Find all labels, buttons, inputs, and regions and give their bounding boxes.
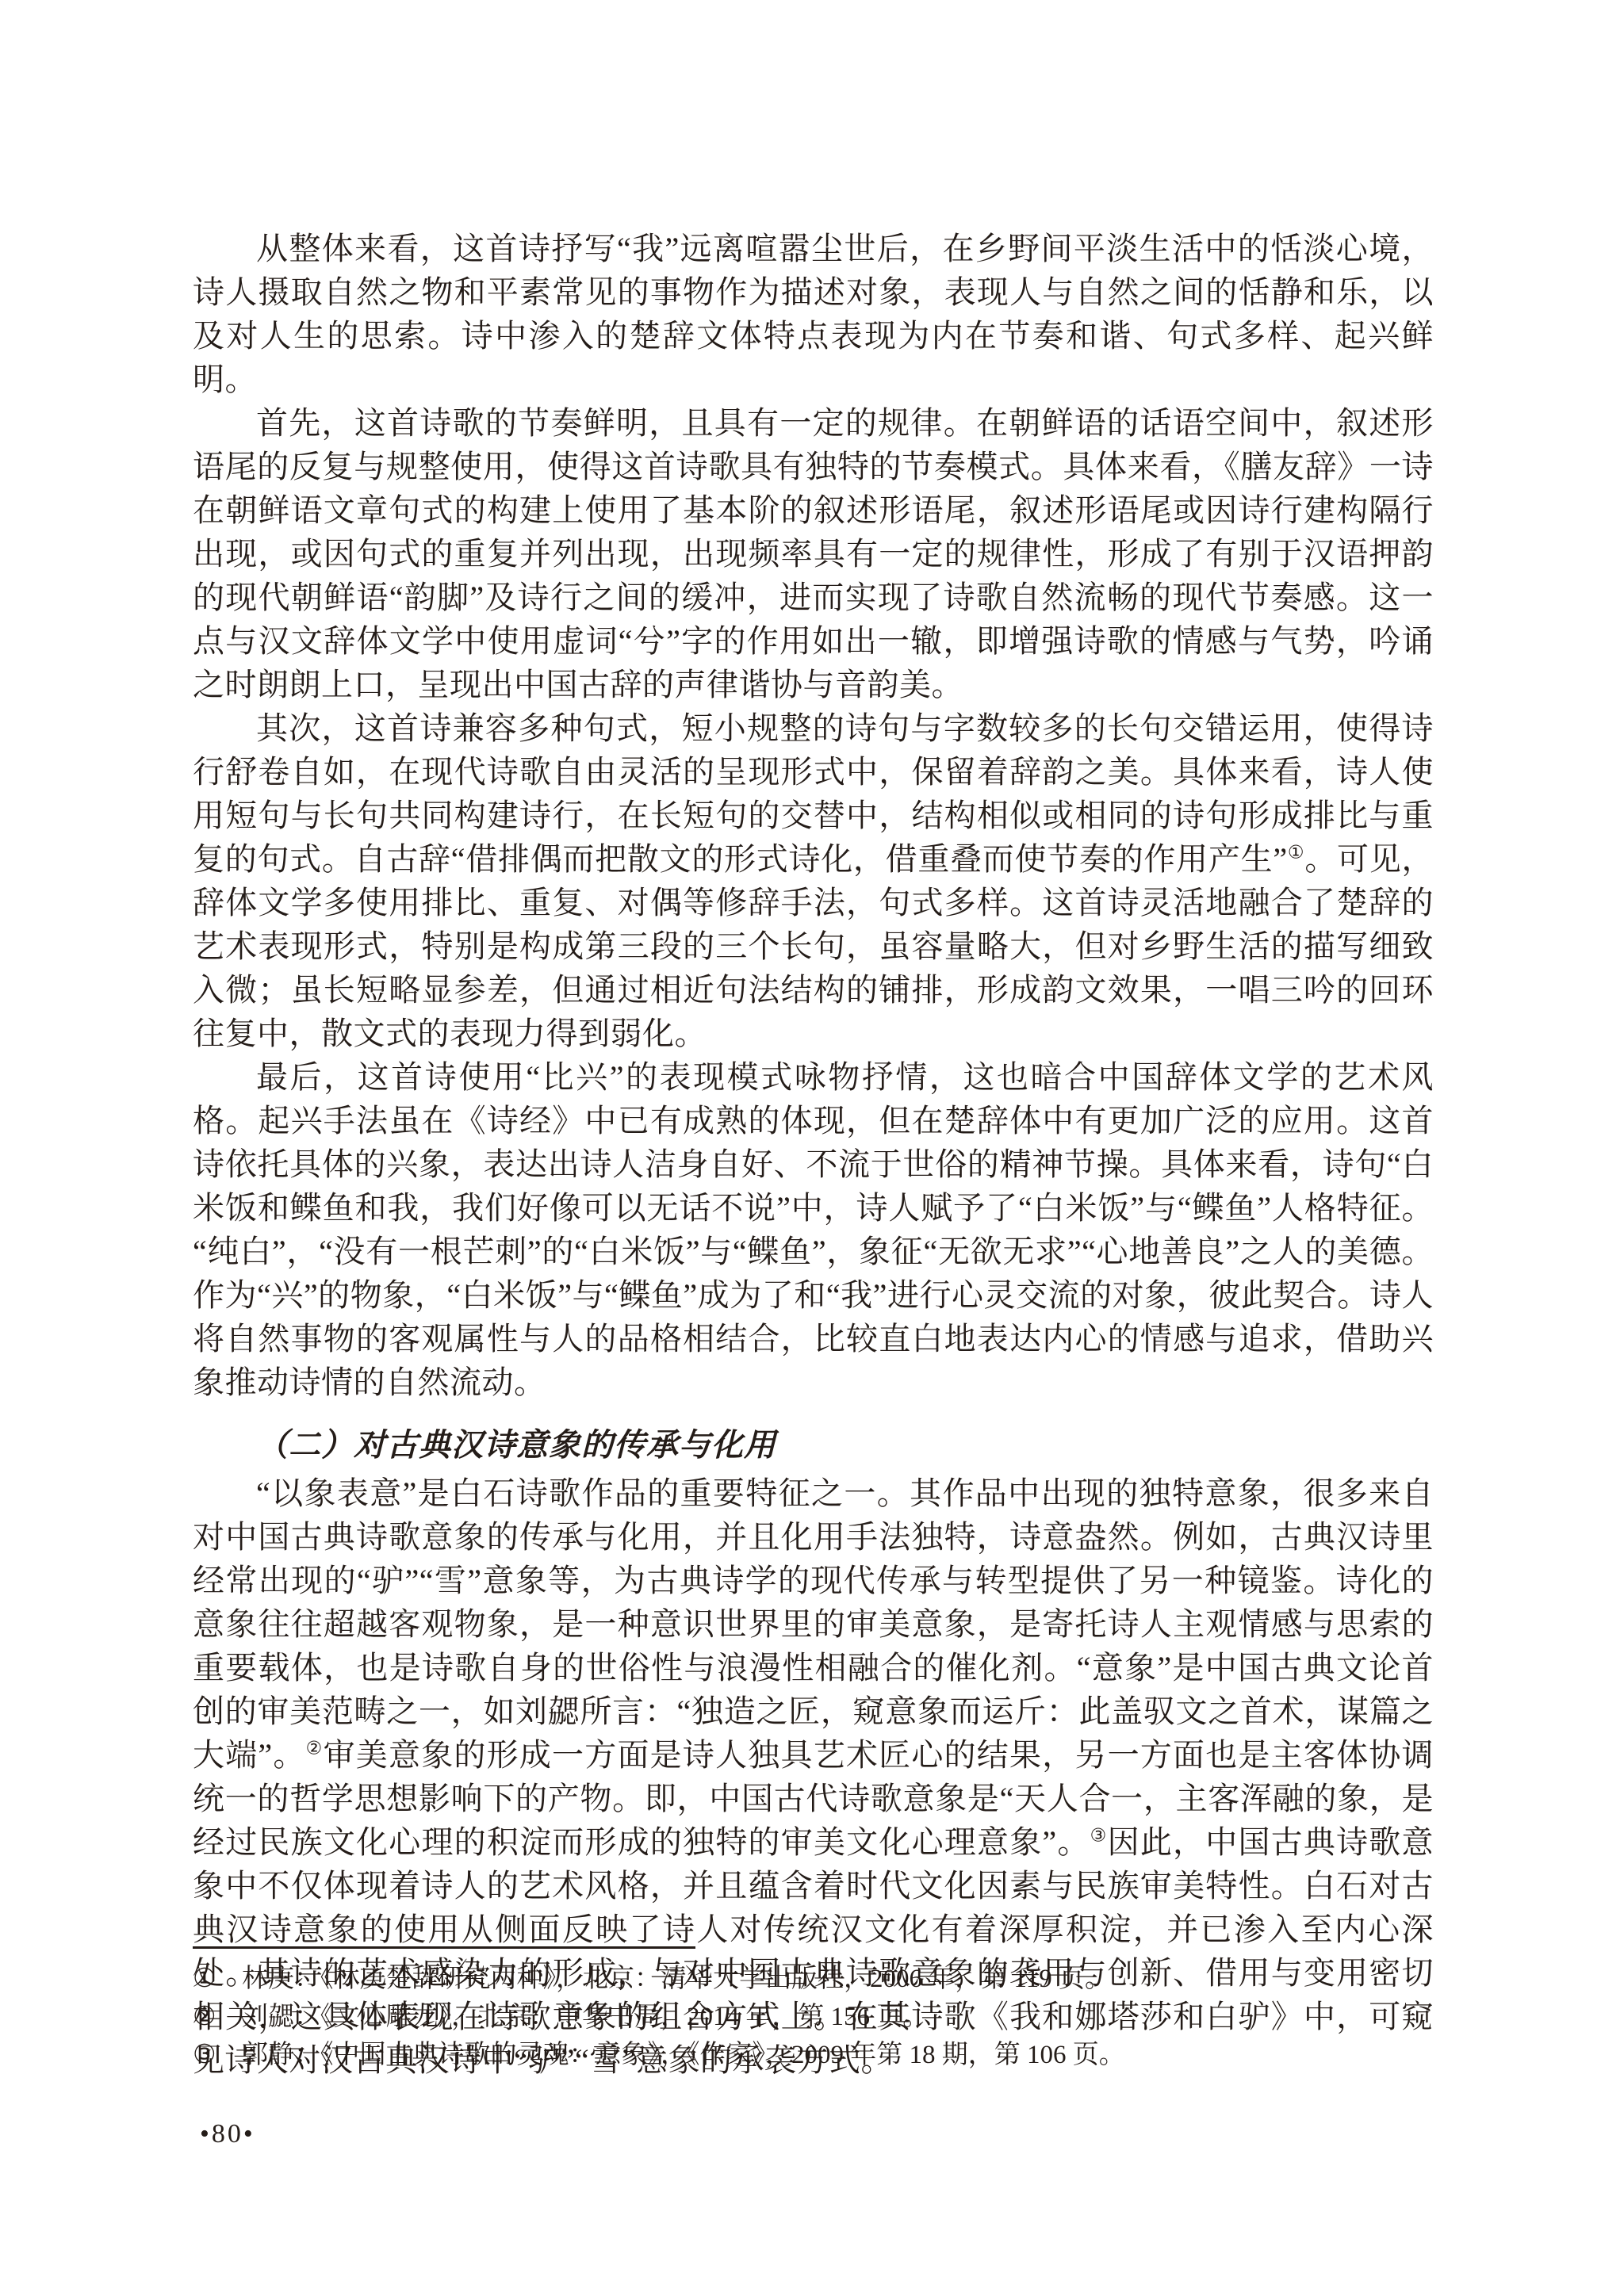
footnote-ref: ③ <box>1090 1826 1108 1846</box>
footnote-marker: ② <box>193 1998 242 2036</box>
body-paragraph: 从整体来看，这首诗抒写“我”远离喧嚣尘世后，在乡野间平淡生活中的恬淡心境，诗人摄… <box>193 227 1434 401</box>
body-paragraph: 首先，这首诗歌的节奏鲜明，且具有一定的规律。在朝鲜语的话语空间中，叙述形语尾的反… <box>193 401 1434 706</box>
footnote-ref: ① <box>1288 843 1305 863</box>
footnote-ref: ② <box>306 1739 324 1759</box>
page-number: •80• <box>200 2118 255 2150</box>
footnote-text: 刘勰：《文心雕龙》，北京：中华书局，2014 年，第 156 页。 <box>242 1998 1434 2036</box>
footnotes-block: ① 林庚：《林庚楚辞研究两种》，北京：清华大学出版社，2006 年，第 119 … <box>193 1946 1434 2074</box>
footnote-item: ① 林庚：《林庚楚辞研究两种》，北京：清华大学出版社，2006 年，第 119 … <box>193 1960 1434 1998</box>
body-paragraph: 其次，这首诗兼容多种句式，短小规整的诗句与字数较多的长句交错运用，使得诗行舒卷自… <box>193 706 1434 1055</box>
section-heading: （二）对古典汉诗意象的传承与化用 <box>193 1423 1434 1467</box>
footnote-item: ② 刘勰：《文心雕龙》，北京：中华书局，2014 年，第 156 页。 <box>193 1998 1434 2036</box>
document-page: 从整体来看，这首诗抒写“我”远离喧嚣尘世后，在乡野间平淡生活中的恬淡心境，诗人摄… <box>0 0 1624 2296</box>
footnote-text: 郭静：《中国古典诗歌的灵魂：意象》，《作家》，2009 年第 18 期，第 10… <box>242 2036 1434 2074</box>
article-body: 从整体来看，这首诗抒写“我”远离喧嚣尘世后，在乡野间平淡生活中的恬淡心境，诗人摄… <box>193 227 1434 2082</box>
footnote-item: ③ 郭静：《中国古典诗歌的灵魂：意象》，《作家》，2009 年第 18 期，第 … <box>193 2036 1434 2074</box>
footnote-marker: ③ <box>193 2036 242 2074</box>
footnote-separator-rule <box>193 1946 695 1949</box>
body-paragraph: 最后，这首诗使用“比兴”的表现模式咏物抒情，这也暗合中国辞体文学的艺术风格。起兴… <box>193 1055 1434 1404</box>
footnote-marker: ① <box>193 1960 242 1998</box>
footnote-text: 林庚：《林庚楚辞研究两种》，北京：清华大学出版社，2006 年，第 119 页。 <box>242 1960 1434 1998</box>
